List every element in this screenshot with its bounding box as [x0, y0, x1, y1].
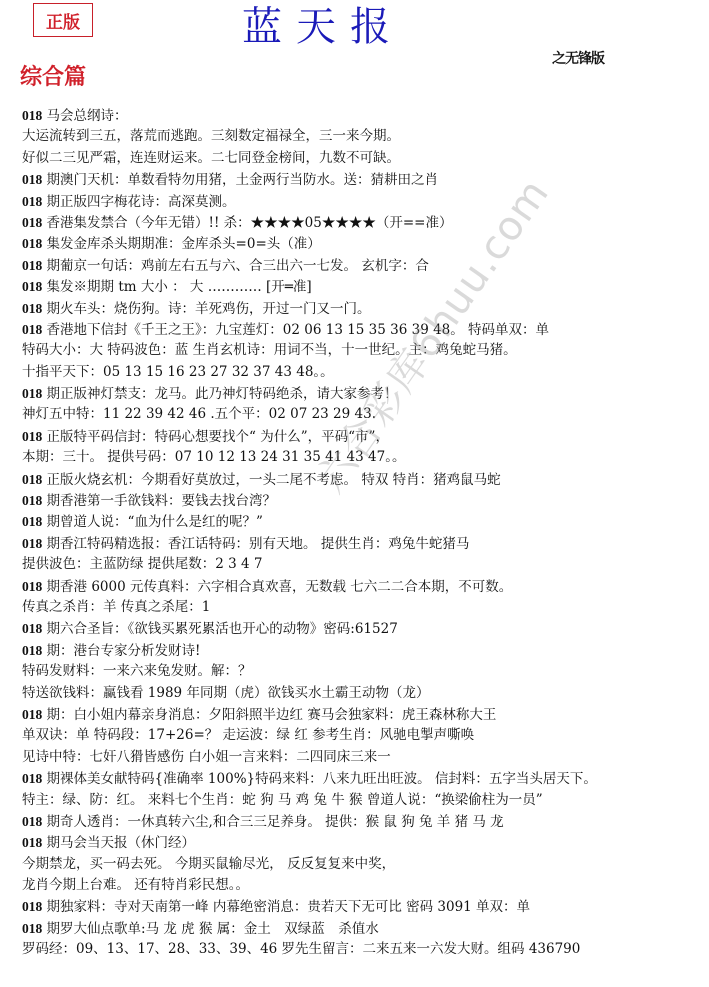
text-line: 018 期正版神灯禁支：龙马。此乃神灯特码绝杀，请大家参考！	[22, 383, 702, 404]
text-line: 018 正版火烧玄机：今期看好莫放过，一头二尾不考虑。 特双 特肖：猪鸡鼠马蛇	[22, 469, 702, 490]
text-line: 龙肖今期上台难。 还有特肖彩民想。。	[22, 875, 702, 896]
line-text: 今期禁龙，买一码去死。 今期买鼠输尽光， 反反复复来中奖，	[22, 856, 395, 872]
line-text: 大运流转到三五，落荒而逃跑。三刻数定福禄全，三一来今期。	[22, 128, 400, 144]
text-line: 今期禁龙，买一码去死。 今期买鼠输尽光， 反反复复来中奖，	[22, 854, 702, 875]
line-text: 马会总纲诗：	[42, 108, 127, 124]
issue-number: 018	[22, 707, 42, 722]
text-line: 提供波色：主蓝防绿 提供尾数：2 3 4 7	[22, 554, 702, 575]
text-line: 018 集发金库杀头期期准：金库杀头=0=头（准）	[22, 233, 702, 254]
text-line: 本期：三十。 提供号码：07 10 12 13 24 31 35 41 43 4…	[22, 447, 702, 468]
line-text: 期独家料：寺对天南第一峰 内幕绝密消息：贵若天下无可比 密码 3091 单双：单	[42, 899, 530, 915]
text-line: 单双诀：单 特码段：17+26=？ 走运波：绿 红 参考生肖：风驰电掣声嘶唤	[22, 725, 702, 746]
article-body: 018 马会总纲诗：大运流转到三五，落荒而逃跑。三刻数定福禄全，三一来今期。好似…	[22, 105, 702, 961]
text-line: 018 期澳门天机：单数看特勿用猪，土金两行当防水。送：猜耕田之肖	[22, 169, 702, 190]
issue-number: 018	[22, 215, 42, 230]
issue-number: 018	[22, 258, 42, 273]
text-line: 018 期马会当天报（休门经）	[22, 832, 702, 853]
line-text: 神灯五中特：11 22 39 42 46 .五个平：02 07 23 29 43…	[22, 406, 376, 422]
text-line: 018 期六合圣旨：《欲钱买累死累活也开心的动物》密码:61527	[22, 618, 702, 639]
line-text: 期曾道人说：“血为什么是红的呢？”	[42, 514, 263, 530]
line-text: 集发金库杀头期期准：金库杀头=0=头（准）	[42, 236, 321, 252]
line-text: 期正版神灯禁支：龙马。此乃神灯特码绝杀，请大家参考！	[42, 386, 397, 402]
issue-number: 018	[22, 279, 42, 294]
line-text: 见诗中特：七奸八猾皆感伤 白小姐一言来料：二四同床三来一	[22, 749, 391, 765]
text-line: 018 期：港台专家分析发财诗!	[22, 640, 702, 661]
issue-number: 018	[22, 835, 42, 850]
line-text: 特送欲钱料：赢钱看 1989 年同期（虎）欲钱买水土霸王动物（龙）	[22, 685, 429, 701]
text-line: 特码发财料：一来六来兔发财。解：？	[22, 661, 702, 682]
issue-number: 018	[22, 108, 42, 123]
line-text: 特码大小：大 特码波色：蓝 生肖玄机诗：用词不当，十一世纪。主：鸡兔蛇马猪。	[22, 342, 517, 358]
line-text: 特码发财料：一来六来兔发财。解：？	[22, 663, 252, 679]
issue-number: 018	[22, 472, 42, 487]
issue-number: 018	[22, 643, 42, 658]
issue-number: 018	[22, 814, 42, 829]
line-text: 期裸体美女献特码{准确率 100%}特码来料：八来九旺出旺波。 信封料：五字当头…	[42, 771, 597, 787]
line-text: 期六合圣旨：《欲钱买累死累活也开心的动物》密码:61527	[42, 621, 398, 637]
line-text: 正版火烧玄机：今期看好莫放过，一头二尾不考虑。 特双 特肖：猪鸡鼠马蛇	[42, 472, 500, 488]
issue-number: 018	[22, 621, 42, 636]
line-text: 期香港第一手欲钱料：要钱去找台湾？	[42, 493, 276, 509]
text-line: 018 香港集发禁合（今年无错）!! 杀：★★★★05★★★★（开==准）	[22, 212, 702, 233]
text-line: 018 马会总纲诗：	[22, 105, 702, 126]
line-text: 特主：绿、防：红。 来料七个生肖：蛇 狗 马 鸡 兔 牛 猴 曾道人说：“换梁偷…	[22, 792, 543, 808]
issue-number: 018	[22, 493, 42, 508]
text-line: 特主：绿、防：红。 来料七个生肖：蛇 狗 马 鸡 兔 牛 猴 曾道人说：“换梁偷…	[22, 790, 702, 811]
line-text: 期罗大仙点歌单:马 龙 虎 猴 属：金土 双绿蓝 杀值水	[42, 921, 379, 937]
text-line: 018 期葡京一句话：鸡前左右五与六、合三出六一七发。 玄机字：合	[22, 255, 702, 276]
line-text: 期奇人透肖：一休真转六尘,和合三三足养身。 提供：猴 鼠 狗 兔 羊 猪 马 龙	[42, 814, 503, 830]
text-line: 018 期香江特码精选报：香江话特码：别有天地。 提供生肖：鸡兔牛蛇猪马	[22, 533, 702, 554]
text-line: 018 期火车头：烧伤狗。诗：羊死鸡伤，开过一门又一门。	[22, 298, 702, 319]
text-line: 018 香港地下信封《千王之王》：九宝莲灯：02 06 13 15 35 36 …	[22, 319, 702, 340]
line-text: 期葡京一句话：鸡前左右五与六、合三出六一七发。 玄机字：合	[42, 258, 429, 274]
issue-number: 018	[22, 429, 42, 444]
line-text: 期澳门天机：单数看特勿用猪，土金两行当防水。送：猜耕田之肖	[42, 172, 438, 188]
text-line: 大运流转到三五，落荒而逃跑。三刻数定福禄全，三一来今期。	[22, 126, 702, 147]
line-text: 期马会当天报（休门经）	[42, 835, 195, 851]
line-text: 罗码经：09、13、17、28、33、39、46 罗先生留言：二来五来一六发大财…	[22, 941, 580, 957]
text-line: 特送欲钱料：赢钱看 1989 年同期（虎）欲钱买水土霸王动物（龙）	[22, 683, 702, 704]
line-text: 期火车头：烧伤狗。诗：羊死鸡伤，开过一门又一门。	[42, 301, 370, 317]
text-line: 018 期香港第一手欲钱料：要钱去找台湾？	[22, 490, 702, 511]
text-line: 好似二三见严霜，连连财运来。二七同登金榜间，九数不可缺。	[22, 148, 702, 169]
line-text: 香港地下信封《千王之王》：九宝莲灯：02 06 13 15 35 36 39 4…	[42, 322, 549, 338]
text-line: 018 正版特平码信封：特码心想要找个“ 为什么”，平码“市”，	[22, 426, 702, 447]
text-line: 传真之杀肖：羊 传真之杀尾：1	[22, 597, 702, 618]
text-line: 018 期香港 6000 元传真料：六字相合真欢喜，无数载 七六二二合本期，不可…	[22, 576, 702, 597]
line-text: 期：白小姐内幕亲身消息：夕阳斜照半边红 赛马会独家料：虎王森林称大王	[42, 707, 496, 723]
issue-number: 018	[22, 514, 42, 529]
text-line: 见诗中特：七奸八猾皆感伤 白小姐一言来料：二四同床三来一	[22, 747, 702, 768]
line-text: 好似二三见严霜，连连财运来。二七同登金榜间，九数不可缺。	[22, 150, 400, 166]
line-text: 十指平天下：05 13 15 16 23 27 32 37 43 48。。	[22, 364, 334, 380]
line-text: 期香江特码精选报：香江话特码：别有天地。 提供生肖：鸡兔牛蛇猪马	[42, 536, 469, 552]
issue-number: 018	[22, 921, 42, 936]
text-line: 018 集发※期期 tm 大小 ： 大 ………… [开═准]	[22, 276, 702, 297]
line-text: 期：港台专家分析发财诗!	[42, 643, 200, 659]
issue-number: 018	[22, 236, 42, 251]
text-line: 018 期：白小姐内幕亲身消息：夕阳斜照半边红 赛马会独家料：虎王森林称大王	[22, 704, 702, 725]
issue-number: 018	[22, 386, 42, 401]
issue-number: 018	[22, 579, 42, 594]
line-text: 龙肖今期上台难。 还有特肖彩民想。。	[22, 877, 249, 893]
issue-number: 018	[22, 899, 42, 914]
issue-number: 018	[22, 172, 42, 187]
official-edition-badge: 正版	[33, 3, 93, 37]
line-text: 传真之杀肖：羊 传真之杀尾：1	[22, 599, 210, 615]
text-line: 罗码经：09、13、17、28、33、39、46 罗先生留言：二来五来一六发大财…	[22, 939, 702, 960]
section-title: 综合篇	[20, 60, 86, 91]
page-title: 蓝天报	[242, 2, 442, 52]
text-line: 十指平天下：05 13 15 16 23 27 32 37 43 48。。	[22, 362, 702, 383]
edition-label: 之无锋版	[552, 48, 604, 68]
text-line: 018 期独家料：寺对天南第一峰 内幕绝密消息：贵若天下无可比 密码 3091 …	[22, 896, 702, 917]
text-line: 018 期正版四字梅花诗：高深莫测。	[22, 191, 702, 212]
text-line: 神灯五中特：11 22 39 42 46 .五个平：02 07 23 29 43…	[22, 404, 702, 425]
issue-number: 018	[22, 536, 42, 551]
line-text: 单双诀：单 特码段：17+26=？ 走运波：绿 红 参考生肖：风驰电掣声嘶唤	[22, 727, 474, 743]
text-line: 018 期罗大仙点歌单:马 龙 虎 猴 属：金土 双绿蓝 杀值水	[22, 918, 702, 939]
issue-number: 018	[22, 322, 42, 337]
line-text: 正版特平码信封：特码心想要找个“ 为什么”，平码“市”，	[42, 429, 389, 445]
line-text: 本期：三十。 提供号码：07 10 12 13 24 31 35 41 43 4…	[22, 449, 405, 465]
line-text: 提供波色：主蓝防绿 提供尾数：2 3 4 7	[22, 556, 263, 572]
text-line: 018 期曾道人说：“血为什么是红的呢？”	[22, 511, 702, 532]
text-line: 特码大小：大 特码波色：蓝 生肖玄机诗：用词不当，十一世纪。主：鸡兔蛇马猪。	[22, 340, 702, 361]
issue-number: 018	[22, 771, 42, 786]
text-line: 018 期奇人透肖：一休真转六尘,和合三三足养身。 提供：猴 鼠 狗 兔 羊 猪…	[22, 811, 702, 832]
issue-number: 018	[22, 194, 42, 209]
line-text: 期香港 6000 元传真料：六字相合真欢喜，无数载 七六二二合本期，不可数。	[42, 579, 512, 595]
line-text: 集发※期期 tm 大小 ： 大 ………… [开═准]	[42, 279, 311, 295]
line-text: 期正版四字梅花诗：高深莫测。	[42, 194, 235, 210]
text-line: 018 期裸体美女献特码{准确率 100%}特码来料：八来九旺出旺波。 信封料：…	[22, 768, 702, 789]
issue-number: 018	[22, 301, 42, 316]
line-text: 香港集发禁合（今年无错）!! 杀：★★★★05★★★★（开==准）	[42, 215, 452, 231]
